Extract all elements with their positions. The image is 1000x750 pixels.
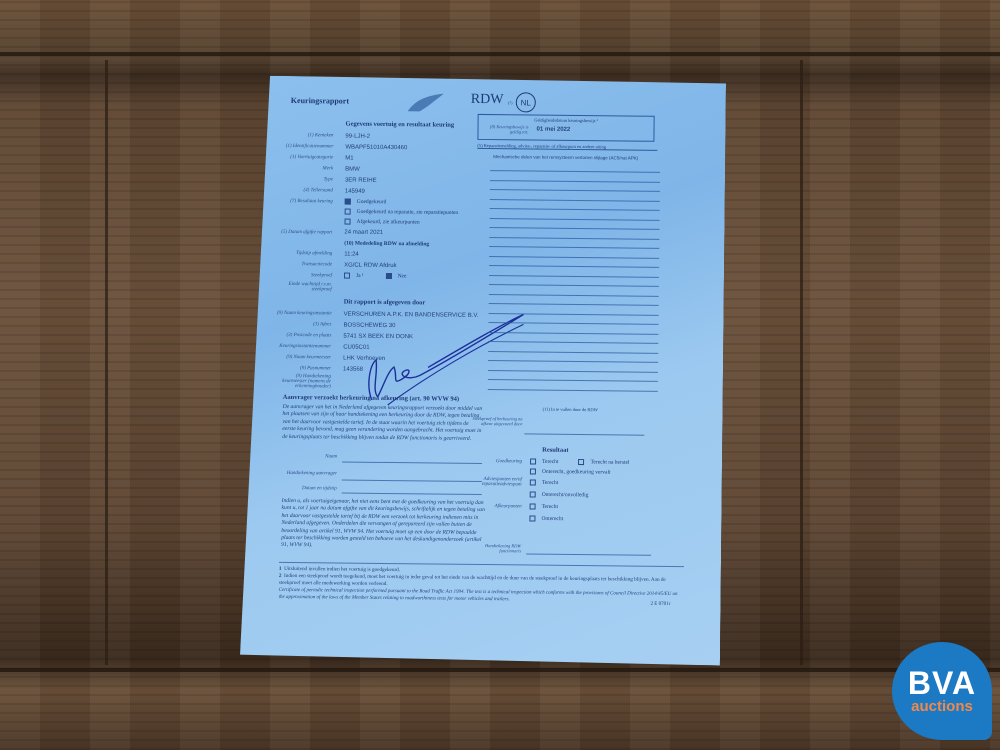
sample-option: Nee [398, 274, 407, 280]
footnotes: 1 Uitsluitend invullen indien het voertu… [279, 566, 679, 591]
recheck-text: De aanvrager van het in Nederland afgege… [282, 404, 482, 443]
repair-note: Mechanische delen van het remsysteem ver… [493, 154, 638, 161]
ruled-line [489, 294, 659, 297]
plank-seam [0, 668, 1000, 672]
applicant-signature-label: Handtekening aanvrager [282, 470, 337, 476]
plank-seam [0, 52, 1000, 56]
ruled-line [490, 218, 660, 221]
vehicle-section-title: Gegevens voertuig en resultaat keuring [346, 121, 455, 129]
rdw-results: GoedkeuringTerechtTerecht na herstel Ont… [471, 456, 672, 526]
goedkeuring-label: Goedkeuring [472, 458, 522, 464]
ruled-line [489, 284, 659, 287]
ruled-line [490, 199, 660, 202]
bva-logo-text: BVA [908, 667, 976, 699]
certificate-text: Certificate of periodic technical inspec… [279, 588, 679, 605]
rdw-option: Terecht [542, 459, 558, 465]
rdw-option: Terecht [542, 504, 558, 510]
odometer-value: 145949 [345, 188, 365, 194]
rdw-signature-label: Handtekening RDW functionaris [471, 543, 521, 554]
checkbox-checked [386, 273, 392, 279]
result-option: Goedgekeurd na reparatie, zie reparatiep… [357, 209, 459, 216]
transaction-code-value: XG/CL RDW Afdruk [344, 262, 397, 269]
validity-label: (8) Keuringsbewijs is geldig tot: [478, 124, 528, 135]
rdw-sample-label: Steekproef of herkeuring na afkeur uitge… [472, 416, 522, 427]
ruled-line [489, 256, 659, 259]
ruled-line [490, 189, 660, 192]
date-value: 24 maart 2021 [344, 230, 383, 236]
rdw-result-title: Resultaat [542, 447, 568, 454]
field-label: Merk [273, 166, 333, 172]
sample-option: Ja ¹ [356, 273, 364, 279]
vehicle-fields: (1) Kenteken99-LJH-2 (1) Identificatienu… [273, 130, 494, 198]
owner-text: Indien u, als voertuigeigenaar, het niet… [281, 498, 487, 552]
ruled-line [489, 275, 659, 278]
rdw-logo: RDW [471, 92, 504, 108]
bva-logo-subtext: auctions [911, 699, 973, 715]
ruled-line [490, 180, 660, 183]
field-label: Keuringsinstantienummer [271, 344, 331, 350]
field-label: (1) Voertuigcategorie [273, 155, 333, 161]
validity-box: Geldigheidsdatum keuringsbewijs ² (8) Ke… [477, 114, 654, 142]
applicant-name-label: Naam [282, 453, 337, 459]
form-code: 2 E 0701r [651, 602, 671, 607]
type-value: 3ER REIHE [345, 177, 377, 183]
advice-label: Adviespunten en/of reparatieadviespunt [472, 477, 522, 488]
rdw-option: Terecht na herstel [590, 459, 629, 465]
field-label: (9) Pasnummer [271, 366, 331, 372]
ruled-line [490, 208, 660, 211]
rdw-option: Onterecht/onvolledig [542, 492, 589, 498]
field-label: (3) Adres [271, 322, 331, 328]
rdw-option: Terecht [542, 480, 558, 486]
ruled-line [489, 246, 659, 249]
nl-country-badge: NL [516, 92, 536, 112]
field-label: (9) Naam keurmeester [271, 355, 331, 361]
field-label: (4) Tellerstand [273, 188, 333, 194]
field-label: Type [273, 177, 333, 183]
make-value: BMW [345, 166, 360, 172]
validity-date-value: 01 mei 2022 [536, 127, 570, 133]
checkbox [345, 218, 351, 224]
vin-value: WBAPF51010A430460 [345, 144, 407, 151]
result-label: (7) Resultaat keuring [273, 198, 333, 204]
checkbox [345, 208, 351, 214]
inspection-report-document: Keuringsrapport RDW (7) NL Gegevens voer… [240, 76, 726, 666]
sample-end-label: Einde wachttijd i.v.m. steekproef [272, 282, 332, 293]
plank-seam [800, 60, 803, 665]
time-value: 11:24 [344, 251, 359, 257]
date-label: (5) Datum afgifte rapport [272, 229, 332, 235]
field-label: (3) Postcode en plaats [271, 333, 331, 339]
field-label: (9) Naam keuringsinstantie [272, 311, 332, 317]
result-section: (7) Resultaat keuringGoedgekeurd Goedgek… [272, 196, 503, 295]
result-option: Afgekeurd, zie afkeurpunten [357, 219, 420, 226]
country-prefix: (7) [508, 100, 513, 105]
ruled-line [490, 170, 660, 173]
sample-label: Steekproef [272, 273, 332, 279]
checkbox [344, 273, 350, 279]
ruled-line [489, 237, 659, 240]
license-plate-value: 99-LJH-2 [345, 133, 370, 139]
field-label: (1) Identificatienummer [273, 144, 333, 150]
applicant-date-label: Datum en tijdstip [282, 485, 337, 491]
checkbox-checked [345, 198, 351, 204]
rdw-option: Onterecht [541, 516, 563, 522]
rdw-section-title: (11) In te vullen door de RDW [543, 407, 598, 413]
applicant-fields: Naam Handtekening aanvrager Datum en tij… [282, 448, 482, 496]
rdw-bird-logo-icon [406, 91, 446, 113]
inspector-signature [358, 305, 529, 407]
validity-header: Geldigheidsdatum keuringsbewijs ² [479, 117, 654, 124]
rejection-label: Afkeurpunten [472, 503, 522, 509]
plank-seam [105, 60, 108, 665]
rdw-option: Onterecht, goedkeuring vervalt [542, 469, 611, 476]
ruled-line [489, 227, 659, 230]
field-label: (1) Kenteken [273, 133, 333, 139]
bva-auctions-watermark: BVA auctions [892, 642, 992, 740]
ruled-line [489, 265, 659, 268]
field-label: (9) Handtekening keurmeester (namens de … [271, 374, 331, 390]
recheck-title: Aanvrager verzoekt herkeuring na afkeuri… [283, 394, 459, 403]
field-label: Transactiecode [272, 262, 332, 268]
repair-title: (5) Reparatiemelding, advies-, reparatie… [477, 143, 657, 151]
result-option: Goedgekeurd [357, 199, 387, 205]
field-label: Tijdstip afmelding [272, 251, 332, 257]
document-title: Keuringsrapport [291, 96, 349, 106]
category-value: M1 [345, 155, 353, 161]
